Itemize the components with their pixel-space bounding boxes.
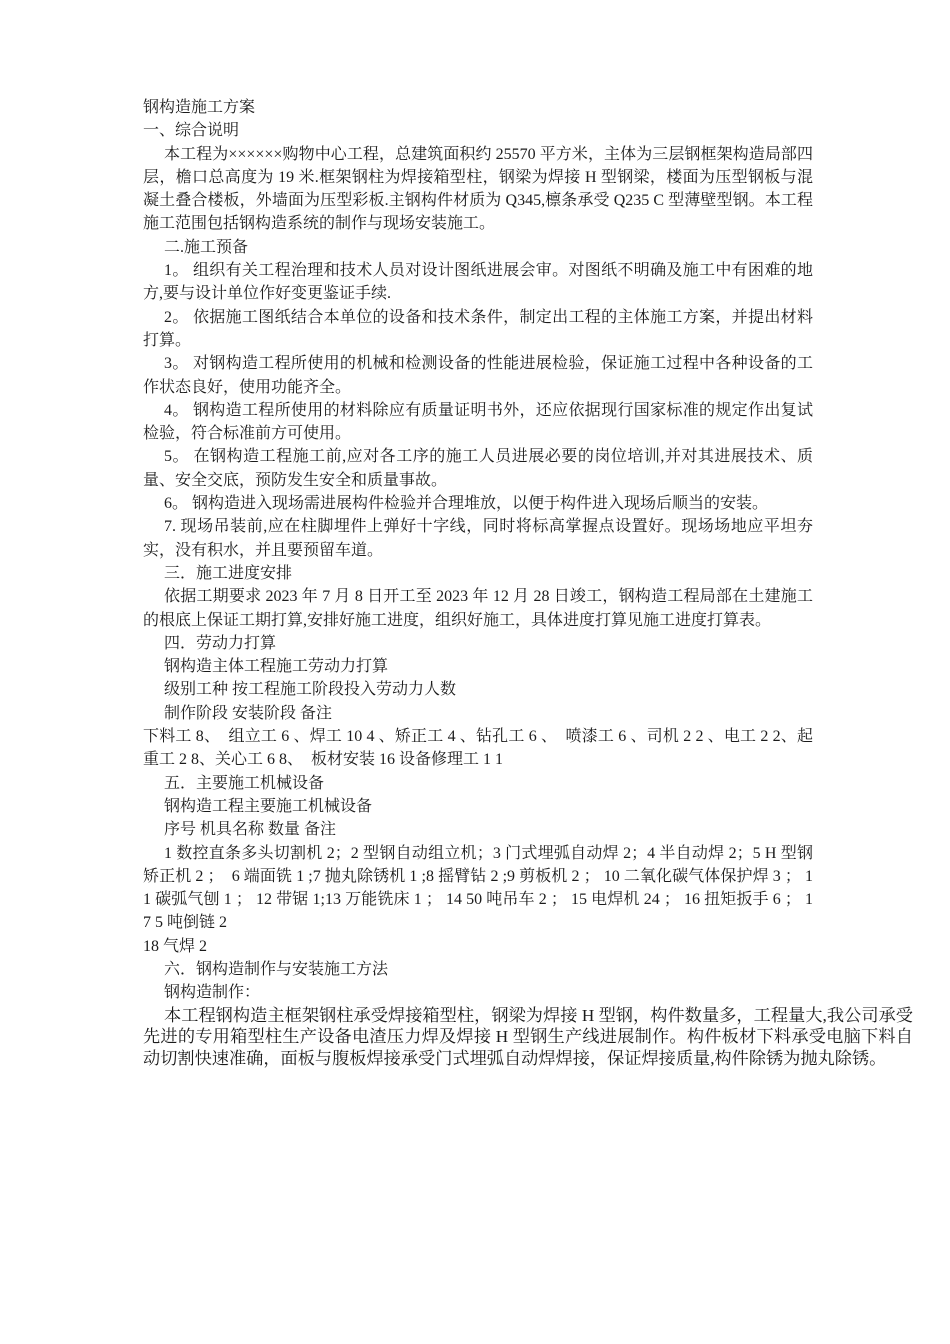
paragraph: 5。 在钢构造工程施工前,应对各工序的施工人员进展必要的岗位培训,并对其进展技术… (143, 445, 813, 492)
paragraph: 7. 现场吊装前,应在柱脚埋件上弹好十字线，同时将标高掌握点设置好。现场场地应平… (143, 515, 813, 562)
paragraph: 2。 依据施工图纸结合本单位的设备和技术条件，制定出工程的主体施工方案，并提出材… (143, 306, 813, 353)
paragraph: 1 数控直条多头切割机 2；2 型钢自动组立机；3 门式埋弧自动焊 2；4 半自… (143, 842, 813, 935)
section-heading: 三．施工进度安排 (143, 562, 813, 585)
paragraph: 制作阶段 安装阶段 备注 (143, 702, 813, 725)
document-page: 钢构造施工方案一、综合说明本工程为××××××购物中心工程，总建筑面积约 255… (0, 0, 950, 1344)
paragraph: 序号 机具名称 数量 备注 (143, 818, 813, 841)
section-heading: 二.施工预备 (143, 236, 813, 259)
paragraph: 钢构造工程主要施工机械设备 (143, 795, 813, 818)
paragraph: 钢构造主体工程施工劳动力打算 (143, 655, 813, 678)
paragraph: 钢构造制作： (143, 981, 813, 1004)
section-heading: 一、综合说明 (143, 119, 813, 142)
section-heading: 六．钢构造制作与安装施工方法 (143, 958, 813, 981)
section-heading: 五．主要施工机械设备 (143, 772, 813, 795)
paragraph: 1。 组织有关工程治理和技术人员对设计图纸进展会审。对图纸不明确及施工中有困难的… (143, 259, 813, 306)
paragraph: 4。 钢构造工程所使用的材料除应有质量证明书外，还应依据现行国家标准的规定作出复… (143, 399, 813, 446)
paragraph: 依据工期要求 2023 年 7 月 8 日开工至 2023 年 12 月 28 … (143, 585, 813, 632)
paragraph: 18 气焊 2 (143, 935, 813, 958)
section-heading: 四．劳动力打算 (143, 632, 813, 655)
paragraph: 3。 对钢构造工程所使用的机械和检测设备的性能进展检验，保证施工过程中各种设备的… (143, 352, 813, 399)
document-title: 钢构造施工方案 (143, 96, 813, 119)
paragraph: 本工程钢构造主框架钢柱承受焊接箱型柱，钢梁为焊接 H 型钢，构件数量多，工程量大… (143, 1005, 913, 1070)
paragraph: 6。 钢构造进入现场需进展构件检验并合理堆放，以便于构件进入现场后顺当的安装。 (143, 492, 813, 515)
document-body: 钢构造施工方案一、综合说明本工程为××××××购物中心工程，总建筑面积约 255… (143, 96, 913, 1070)
paragraph: 下料工 8、 组立工 6 、焊工 10 4 、矫正工 4 、钻孔工 6 、 喷漆… (143, 725, 813, 772)
paragraph: 本工程为××××××购物中心工程，总建筑面积约 25570 平方米，主体为三层钢… (143, 143, 813, 236)
paragraph: 级别工种 按工程施工阶段投入劳动力人数 (143, 678, 813, 701)
